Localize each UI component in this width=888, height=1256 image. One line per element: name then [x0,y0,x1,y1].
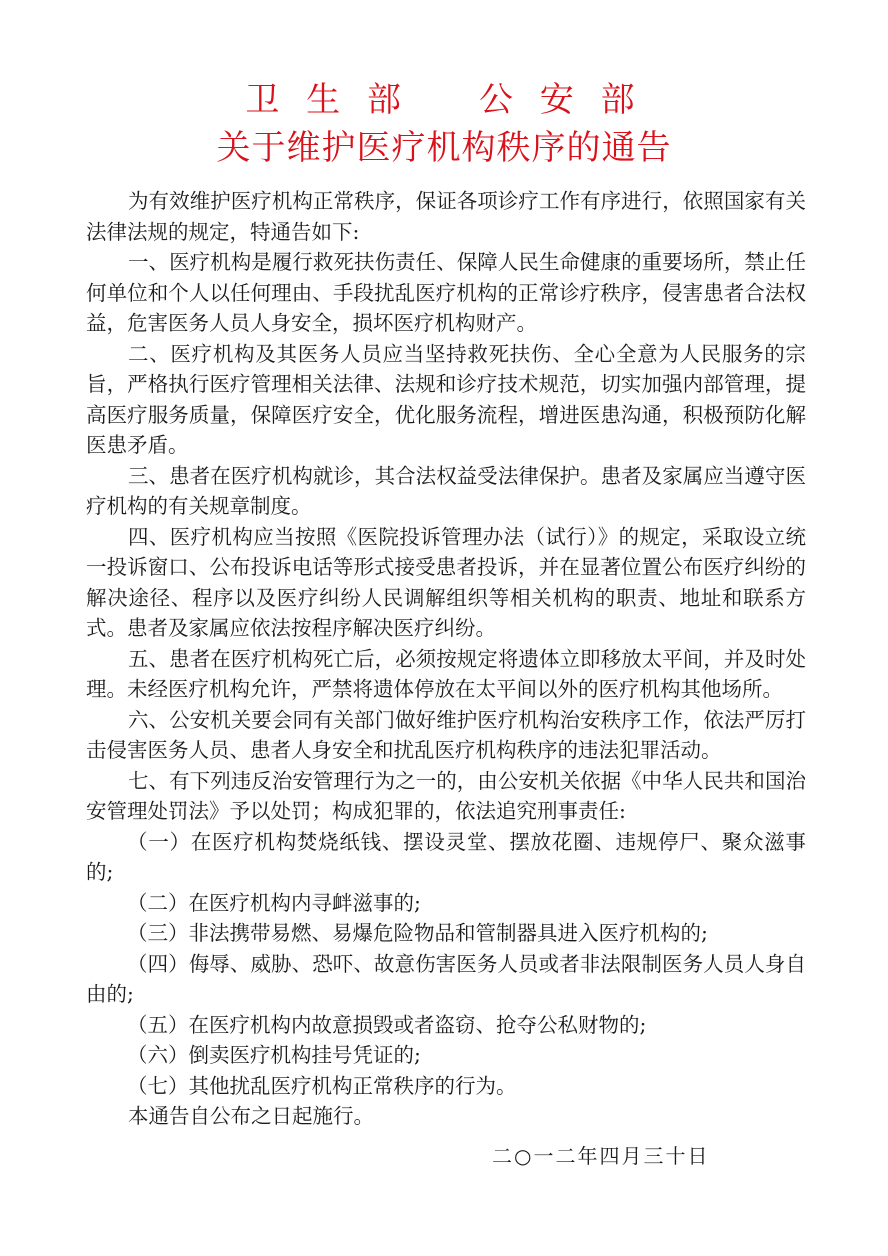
article-1: 一、医疗机构是履行救死扶伤责任、保障人民生命健康的重要场所，禁止任何单位和个人以… [86,247,806,339]
list-item: （三）非法携带易燃、易爆危险物品和管制器具进入医疗机构的; [86,918,806,949]
list-item: （四）侮辱、威胁、恐吓、故意伤害医务人员或者非法限制医务人员人身自由的; [86,949,806,1010]
list-item: （一）在医疗机构焚烧纸钱、摆设灵堂、摆放花圈、违规停尸、聚众滋事的; [86,827,806,888]
document-body: 为有效维护医疗机构正常秩序，保证各项诊疗工作有序进行，依照国家有关法律法规的规定… [86,186,806,1132]
list-item: （五）在医疗机构内故意损毁或者盗窃、抢夺公私财物的; [86,1010,806,1041]
list-item: （六）倒卖医疗机构挂号凭证的; [86,1040,806,1071]
article-2: 二、医疗机构及其医务人员应当坚持救死扶伤、全心全意为人民服务的宗旨，严格执行医疗… [86,339,806,461]
list-item: （七）其他扰乱医疗机构正常秩序的行为。 [86,1071,806,1102]
article-7: 七、有下列违反治安管理行为之一的，由公安机关依据《中华人民共和国治安管理处罚法》… [86,766,806,827]
article-3: 三、患者在医疗机构就诊，其合法权益受法律保护。患者及家属应当遵守医疗机构的有关规… [86,461,806,522]
article-5: 五、患者在医疗机构死亡后，必须按规定将遗体立即移放太平间，并及时处理。未经医疗机… [86,644,806,705]
issue-date: 二○一二年四月三十日 [492,1140,709,1169]
issuing-departments: 卫 生 部公 安 部 [0,78,888,122]
intro-paragraph: 为有效维护医疗机构正常秩序，保证各项诊疗工作有序进行，依照国家有关法律法规的规定… [86,186,806,247]
document-title: 关于维护医疗机构秩序的通告 [0,126,888,170]
closing-statement: 本通告自公布之日起施行。 [86,1101,806,1132]
article-6: 六、公安机关要会同有关部门做好维护医疗机构治安秩序工作，依法严厉打击侵害医务人员… [86,705,806,766]
issuer-public-security-ministry: 公 安 部 [479,80,643,120]
article-4: 四、医疗机构应当按照《医院投诉管理办法（试行）》的规定，采取设立统一投诉窗口、公… [86,522,806,644]
list-item: （二）在医疗机构内寻衅滋事的; [86,888,806,919]
issuer-health-ministry: 卫 生 部 [245,80,409,120]
